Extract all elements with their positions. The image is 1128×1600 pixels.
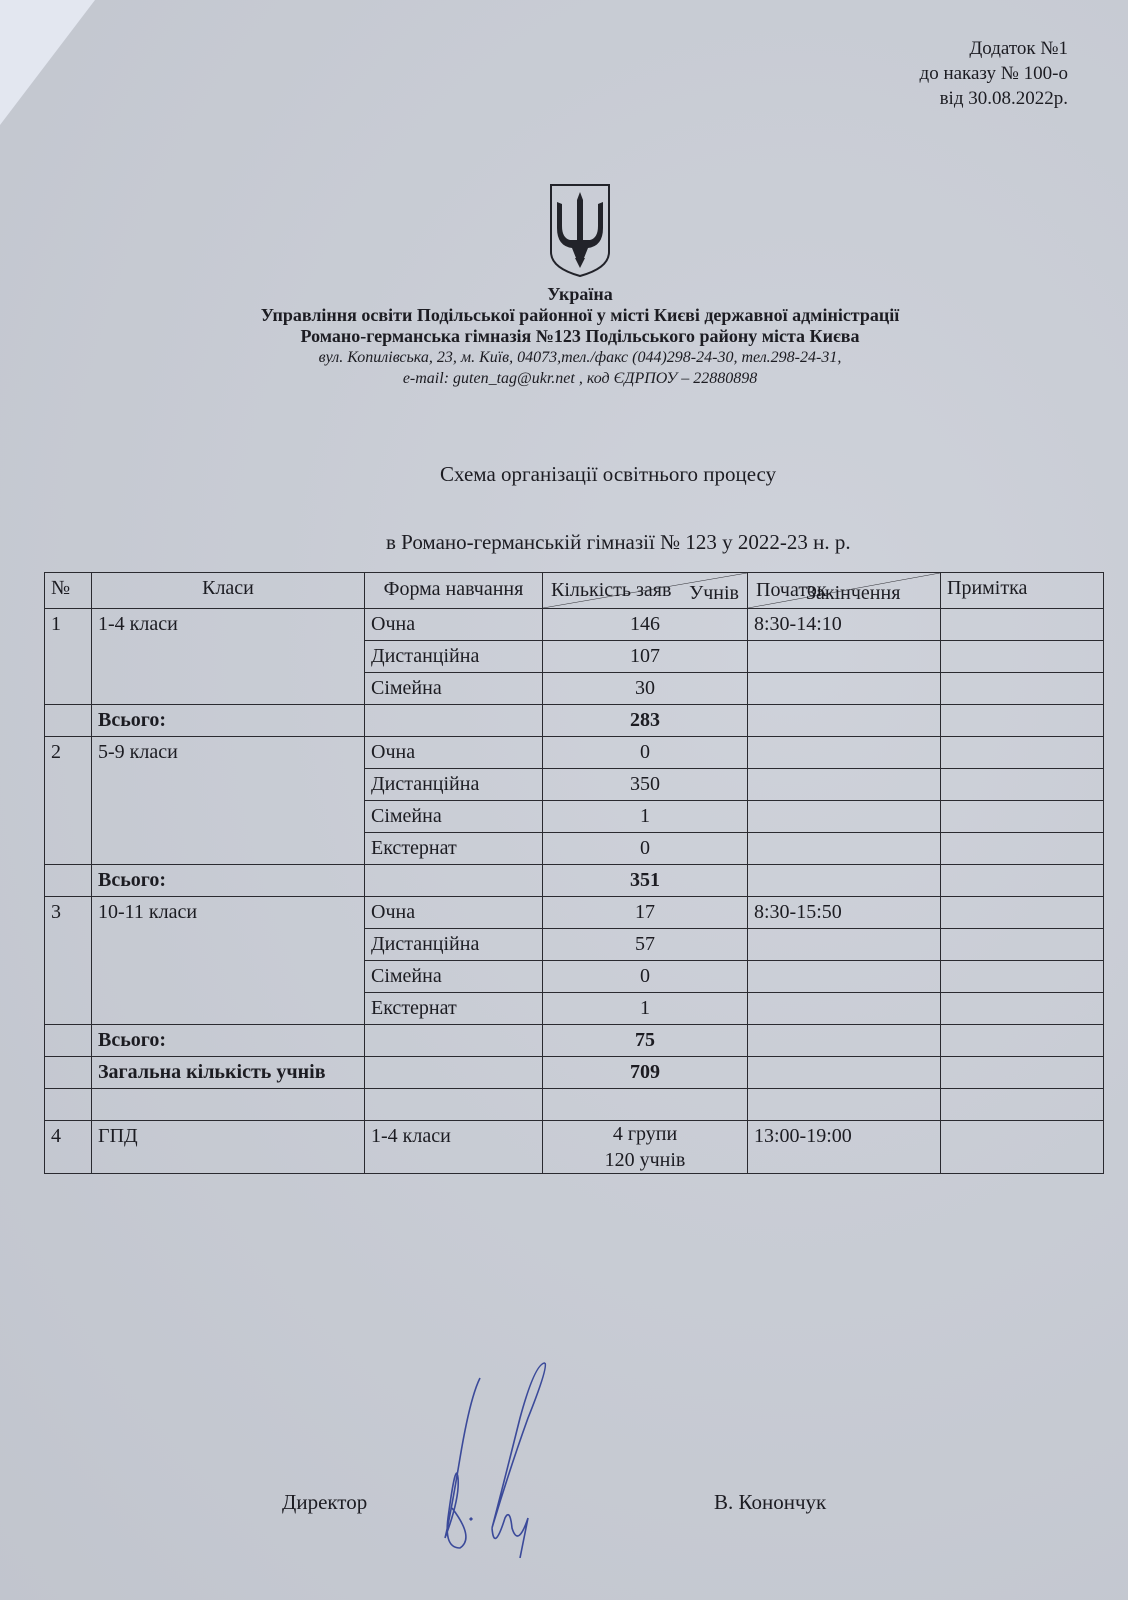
letterhead-authority: Управління освіти Подільської районної у… (0, 305, 1128, 326)
header-time-end: Закінчення (806, 578, 900, 608)
total-num-empty (45, 1025, 92, 1057)
total-time-empty (748, 1025, 941, 1057)
signatory-position: Директор (282, 1490, 367, 1515)
letterhead-contacts: e-mail: guten_tag@ukr.net , код ЄДРПОУ –… (0, 368, 1128, 389)
row-time (748, 961, 941, 993)
document-subtitle: в Романо-германській гімназії № 123 у 20… (386, 530, 851, 555)
table-row: 310-11 класиОчна178:30-15:50 (45, 897, 1104, 929)
row-note (941, 609, 1104, 641)
row-time (748, 801, 941, 833)
letterhead-address: вул. Копилівська, 23, м. Київ, 04073,тел… (0, 347, 1128, 368)
header-count-students: Учнів (689, 578, 739, 608)
row-note (941, 641, 1104, 673)
total-label: Всього: (92, 1025, 365, 1057)
header-form: Форма навчання (365, 573, 543, 609)
blank-cell (45, 1089, 92, 1121)
table-header-row: № Класи Форма навчання Кількість заяв Уч… (45, 573, 1104, 609)
row-note (941, 737, 1104, 769)
blank-cell (941, 1089, 1104, 1121)
folded-page-corner (0, 0, 95, 125)
header-count: Кількість заяв Учнів (543, 573, 748, 609)
row-note (941, 833, 1104, 865)
row-count: 146 (543, 609, 748, 641)
row-form: Очна (365, 897, 543, 929)
grand-total-note-empty (941, 1057, 1104, 1089)
letterhead: Україна Управління освіти Подільської ра… (0, 284, 1128, 389)
row-num: 1 (45, 609, 92, 705)
row-classes: 10-11 класи (92, 897, 365, 1025)
document-title: Схема організації освітнього процесу (440, 462, 776, 487)
total-time-empty (748, 865, 941, 897)
extra-students: 120 учнів (549, 1147, 741, 1173)
total-row: Всього:75 (45, 1025, 1104, 1057)
header-num: № (45, 573, 92, 609)
row-note (941, 929, 1104, 961)
row-time: 8:30-14:10 (748, 609, 941, 641)
total-row: Всього:283 (45, 705, 1104, 737)
extra-groups: 4 групи (549, 1121, 741, 1147)
annex-order: до наказу № 100-о (920, 61, 1068, 86)
row-form: Дистанційна (365, 929, 543, 961)
row-form: Дистанційна (365, 769, 543, 801)
table-row: 25-9 класиОчна0 (45, 737, 1104, 769)
extra-time: 13:00-19:00 (748, 1121, 941, 1174)
row-note (941, 993, 1104, 1025)
row-count: 0 (543, 961, 748, 993)
blank-cell (748, 1089, 941, 1121)
row-time (748, 673, 941, 705)
row-form: Екстернат (365, 993, 543, 1025)
total-value: 351 (543, 865, 748, 897)
annex-title: Додаток №1 (920, 36, 1068, 61)
row-time (748, 993, 941, 1025)
extra-num: 4 (45, 1121, 92, 1174)
annex-date: від 30.08.2022р. (920, 86, 1068, 111)
total-value: 75 (543, 1025, 748, 1057)
blank-cell (365, 1089, 543, 1121)
row-num: 2 (45, 737, 92, 865)
row-form: Сімейна (365, 673, 543, 705)
row-count: 1 (543, 993, 748, 1025)
row-num: 3 (45, 897, 92, 1025)
total-label: Всього: (92, 705, 365, 737)
header-note: Примітка (941, 573, 1104, 609)
schedule-table: № Класи Форма навчання Кількість заяв Уч… (44, 572, 1104, 1174)
grand-total-time-empty (748, 1057, 941, 1089)
row-count: 350 (543, 769, 748, 801)
total-label: Всього: (92, 865, 365, 897)
row-note (941, 897, 1104, 929)
grand-total-value: 709 (543, 1057, 748, 1089)
extra-count: 4 групи120 учнів (543, 1121, 748, 1174)
total-value: 283 (543, 705, 748, 737)
total-row: Всього:351 (45, 865, 1104, 897)
row-form: Екстернат (365, 833, 543, 865)
row-form: Очна (365, 609, 543, 641)
row-note (941, 769, 1104, 801)
row-classes: 5-9 класи (92, 737, 365, 865)
total-note-empty (941, 705, 1104, 737)
letterhead-country: Україна (0, 284, 1128, 305)
blank-cell (543, 1089, 748, 1121)
grand-total-form-empty (365, 1057, 543, 1089)
total-note-empty (941, 865, 1104, 897)
total-form-empty (365, 865, 543, 897)
row-time (748, 929, 941, 961)
header-classes: Класи (92, 573, 365, 609)
blank-row (45, 1089, 1104, 1121)
header-count-applications: Кількість заяв (551, 575, 671, 605)
total-num-empty (45, 705, 92, 737)
total-num-empty (45, 865, 92, 897)
extended-day-row: 4ГПД1-4 класи4 групи120 учнів13:00-19:00 (45, 1121, 1104, 1174)
row-form: Сімейна (365, 801, 543, 833)
total-form-empty (365, 705, 543, 737)
extra-note (941, 1121, 1104, 1174)
row-count: 57 (543, 929, 748, 961)
letterhead-school: Романо-германська гімназія №123 Подільсь… (0, 326, 1128, 347)
total-form-empty (365, 1025, 543, 1057)
row-time (748, 833, 941, 865)
grand-total-label: Загальна кількість учнів (92, 1057, 365, 1089)
signatory-name: В. Конончук (714, 1490, 826, 1515)
row-note (941, 961, 1104, 993)
row-time (748, 769, 941, 801)
row-count: 0 (543, 737, 748, 769)
row-time (748, 737, 941, 769)
row-note (941, 801, 1104, 833)
handwritten-signature-icon (430, 1358, 570, 1558)
extra-form: 1-4 класи (365, 1121, 543, 1174)
extra-classes: ГПД (92, 1121, 365, 1174)
total-time-empty (748, 705, 941, 737)
header-time: Початок Закінчення (748, 573, 941, 609)
row-count: 0 (543, 833, 748, 865)
row-note (941, 673, 1104, 705)
grand-total-row: Загальна кількість учнів709 (45, 1057, 1104, 1089)
row-time: 8:30-15:50 (748, 897, 941, 929)
blank-cell (92, 1089, 365, 1121)
table-row: 11-4 класиОчна1468:30-14:10 (45, 609, 1104, 641)
row-count: 30 (543, 673, 748, 705)
row-classes: 1-4 класи (92, 609, 365, 705)
ukraine-trident-coat-of-arms-icon (548, 182, 612, 278)
total-note-empty (941, 1025, 1104, 1057)
row-count: 1 (543, 801, 748, 833)
row-form: Сімейна (365, 961, 543, 993)
row-count: 107 (543, 641, 748, 673)
grand-total-num-empty (45, 1057, 92, 1089)
row-time (748, 641, 941, 673)
annex-reference: Додаток №1 до наказу № 100-о від 30.08.2… (920, 36, 1068, 111)
row-count: 17 (543, 897, 748, 929)
row-form: Очна (365, 737, 543, 769)
row-form: Дистанційна (365, 641, 543, 673)
